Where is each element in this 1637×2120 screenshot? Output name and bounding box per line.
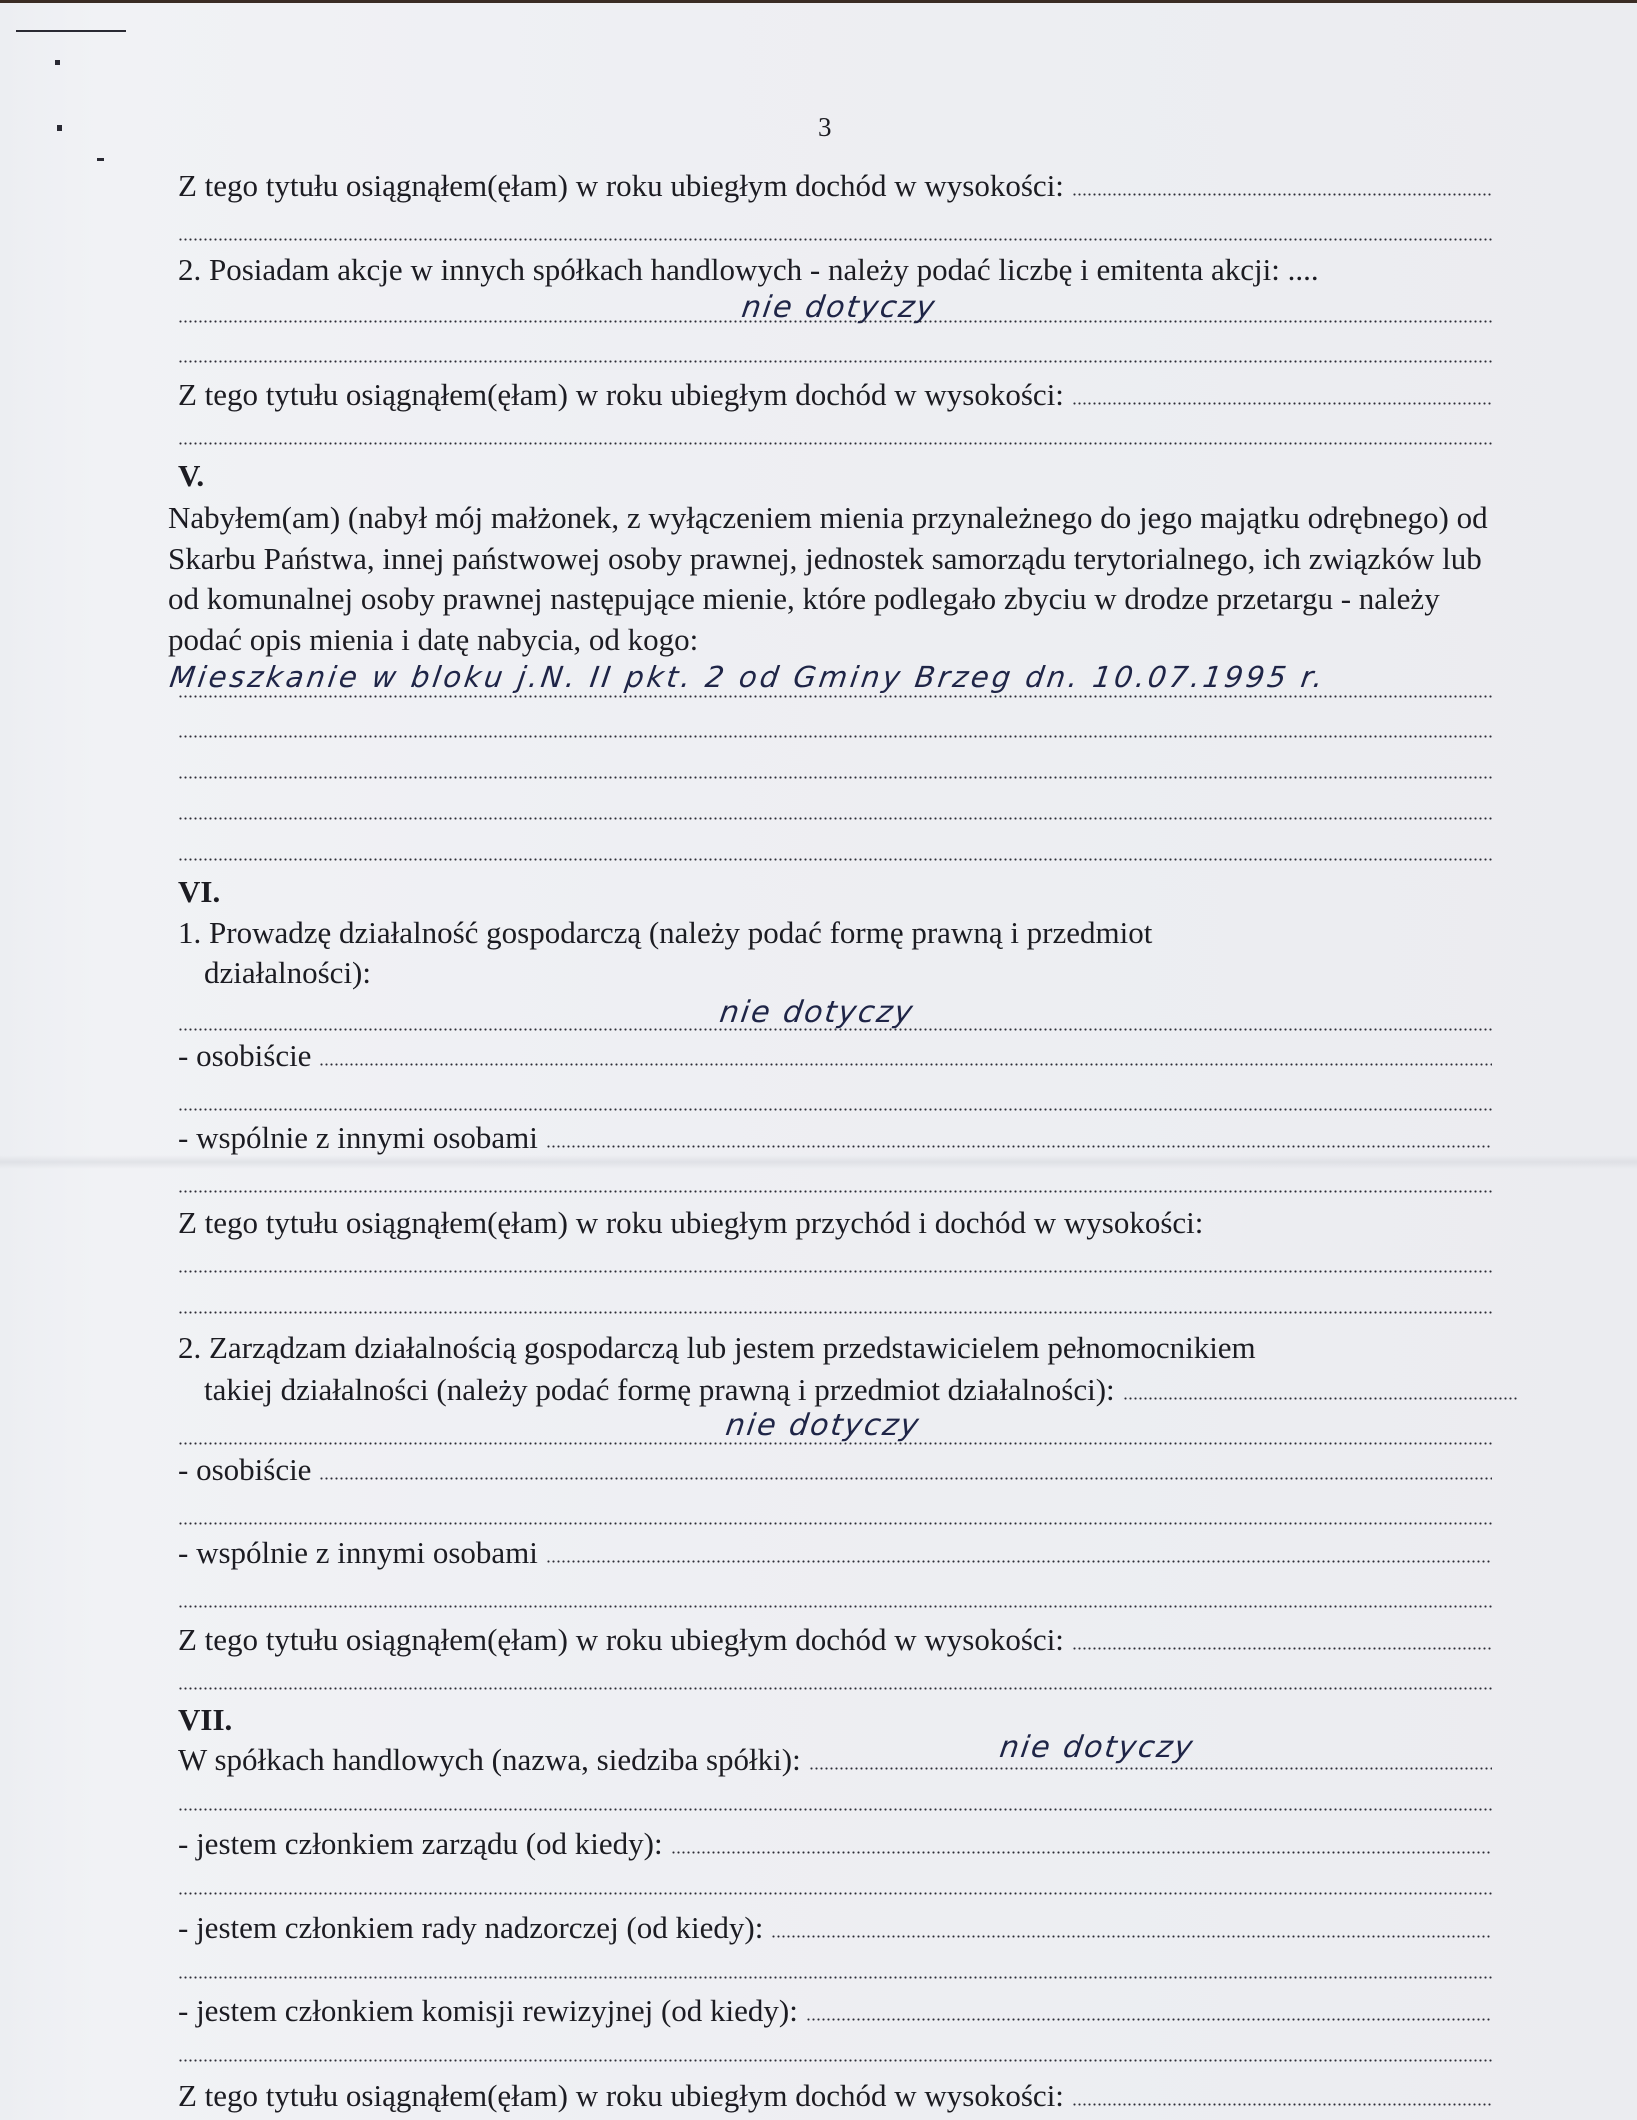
dotted-line[interactable] <box>178 776 1492 779</box>
dotted-line[interactable] <box>178 1108 1492 1111</box>
dotted-fill[interactable] <box>671 1851 1492 1854</box>
dotted-line[interactable] <box>178 2059 1492 2062</box>
business-line: 1. Prowadzę działalność gospodarczą (nal… <box>178 915 1492 951</box>
dotted-line[interactable] <box>178 360 1492 363</box>
section-heading-vii: VII. <box>178 1702 232 1738</box>
section-v-paragraph: Nabyłem(am) (nabył mój małżonek, z wyłąc… <box>168 498 1498 660</box>
handwritten-answer: Mieszkanie w bloku j.N. II pkt. 2 od Gmi… <box>168 660 1328 694</box>
scan-mark <box>55 60 60 65</box>
income-line: Z tego tytułu osiągnąłem(ęłam) w roku ub… <box>178 168 1492 204</box>
handwritten-answer: nie dotyczy <box>724 1408 923 1443</box>
revenue-line: Z tego tytułu osiągnąłem(ęłam) w roku ub… <box>178 1205 1492 1241</box>
scan-edge <box>0 0 1637 3</box>
dotted-line[interactable] <box>178 1687 1492 1690</box>
dotted-line[interactable] <box>178 1605 1492 1608</box>
dotted-fill[interactable] <box>1072 1647 1492 1650</box>
shares-line: 2. Posiadam akcje w innych spółkach hand… <box>178 252 1492 288</box>
board-line: - jestem członkiem zarządu (od kiedy): <box>178 1826 1492 1862</box>
income-line: Z tego tytułu osiągnąłem(ęłam) w roku ub… <box>178 2078 1492 2114</box>
dotted-fill[interactable] <box>1072 2103 1492 2106</box>
income-line: Z tego tytułu osiągnąłem(ęłam) w roku ub… <box>178 1622 1492 1658</box>
dotted-line[interactable] <box>178 695 1492 698</box>
dotted-line[interactable] <box>178 1808 1492 1811</box>
scan-mark <box>97 158 104 161</box>
page-number: 3 <box>818 112 832 143</box>
dotted-line[interactable] <box>178 1190 1492 1193</box>
dotted-line[interactable] <box>178 858 1492 861</box>
handwritten-answer: nie dotyczy <box>718 995 917 1030</box>
dotted-line[interactable] <box>178 1522 1492 1525</box>
personally-line: - osobiście <box>178 1038 1492 1074</box>
management-line: takiej działalności (należy podać formę … <box>178 1372 1518 1408</box>
dotted-fill[interactable] <box>546 1560 1492 1563</box>
dotted-fill[interactable] <box>546 1145 1492 1148</box>
business-line: działalności): <box>178 955 1518 991</box>
dotted-line[interactable] <box>178 1892 1492 1895</box>
audit-line: - jestem członkiem komisji rewizyjnej (o… <box>178 1993 1492 2029</box>
paper-fold <box>0 1155 1637 1169</box>
dotted-line[interactable] <box>178 735 1492 738</box>
dotted-fill[interactable] <box>809 1767 1492 1770</box>
dotted-fill[interactable] <box>1072 193 1492 196</box>
dotted-line[interactable] <box>178 1442 1492 1445</box>
personally-line: - osobiście <box>178 1452 1492 1488</box>
supervisory-line: - jestem członkiem rady nadzorczej (od k… <box>178 1910 1492 1946</box>
dotted-line[interactable] <box>178 1028 1492 1031</box>
section-heading-v: V. <box>178 458 204 494</box>
scan-mark <box>16 30 126 32</box>
handwritten-answer: nie dotyczy <box>998 1730 1197 1765</box>
management-line: 2. Zarządzam działalnością gospodarczą l… <box>178 1330 1492 1366</box>
dotted-fill[interactable] <box>319 1063 1492 1066</box>
scanned-page: 3 Z tego tytułu osiągnąłem(ęłam) w roku … <box>0 0 1637 2120</box>
dotted-line[interactable] <box>178 1270 1492 1273</box>
dotted-line[interactable] <box>178 320 1492 323</box>
dotted-fill[interactable] <box>771 1935 1492 1938</box>
scan-mark <box>57 125 62 131</box>
jointly-line: - wspólnie z innymi osobami <box>178 1120 1492 1156</box>
jointly-line: - wspólnie z innymi osobami <box>178 1535 1492 1571</box>
income-line: Z tego tytułu osiągnąłem(ęłam) w roku ub… <box>178 377 1492 413</box>
section-heading-vi: VI. <box>178 874 220 910</box>
companies-line: W spółkach handlowych (nazwa, siedziba s… <box>178 1742 1492 1778</box>
dotted-line[interactable] <box>178 1311 1492 1314</box>
dotted-line[interactable] <box>178 1976 1492 1979</box>
dotted-fill[interactable] <box>806 2018 1492 2021</box>
dotted-line[interactable] <box>178 817 1492 820</box>
dotted-fill[interactable] <box>1072 402 1492 405</box>
dotted-line[interactable] <box>178 238 1492 241</box>
dotted-fill[interactable] <box>1123 1397 1518 1400</box>
dotted-line[interactable] <box>178 442 1492 445</box>
dotted-fill[interactable] <box>319 1477 1492 1480</box>
